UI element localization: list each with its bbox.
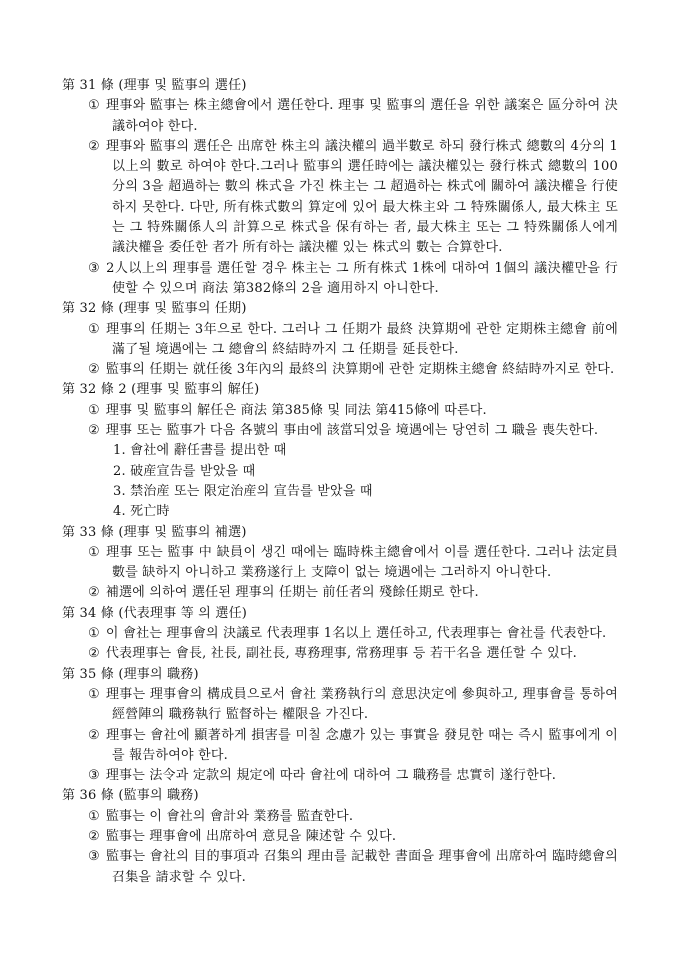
- item-marker: ②: [88, 646, 100, 661]
- item-marker: ①: [88, 545, 100, 560]
- article-item: ①이 會社는 理事會의 決議로 代表理事 1名以上 選任하고, 代表理事는 會社…: [62, 624, 618, 644]
- article-title: 第 31 條 (理事 및 監事의 選任): [62, 76, 618, 96]
- item-text: 監事는 理事會에 出席하여 意見을 陳述할 수 있다.: [106, 829, 396, 844]
- article-item: ②代表理事는 會長, 社長, 副社長, 專務理事, 常務理事 등 若干名을 選任…: [62, 644, 618, 664]
- article: 第 32 條 (理事 및 監事의 任期)①理事의 任期는 3年으로 한다. 그러…: [62, 299, 618, 380]
- item-text: 理事 또는 監事 中 缺員이 생긴 때에는 臨時株主總會에서 이를 選任한다. …: [106, 545, 618, 580]
- item-marker: ③: [88, 261, 100, 276]
- item-text: 2人以上의 理事를 選任할 경우 株主는 그 所有株式 1株에 대하여 1個의 …: [106, 261, 618, 296]
- item-text: 理事와 監事는 株主總會에서 選任한다. 理事 및 監事의 選任을 위한 議案은…: [106, 98, 618, 133]
- article: 第 31 條 (理事 및 監事의 選任)①理事와 監事는 株主總會에서 選任한다…: [62, 76, 618, 299]
- article-item: ②理事 또는 監事가 다음 各號의 事由에 該當되었을 境遇에는 당연히 그 職…: [62, 421, 618, 441]
- item-text: 理事의 任期는 3年으로 한다. 그러나 그 任期가 最終 決算期에 관한 定期…: [106, 322, 618, 357]
- item-text: 理事는 會社에 顯著하게 損害를 미칠 念慮가 있는 事實을 發見한 때는 즉시…: [106, 728, 618, 763]
- article-item: ②監事의 任期는 就任後 3年內의 最終의 決算期에 관한 定期株主總會 終結時…: [62, 360, 618, 380]
- item-marker: ②: [88, 829, 100, 844]
- item-marker: ②: [88, 139, 100, 154]
- article-title: 第 35 條 (理事의 職務): [62, 665, 618, 685]
- article-subitem: 3. 禁治産 또는 限定治産의 宣告를 받았을 때: [113, 482, 618, 502]
- item-text: 補選에 의하여 選任된 理事의 任期는 前任者의 殘餘任期로 한다.: [106, 585, 479, 600]
- article: 第 33 條 (理事 및 監事의 補選)①理事 또는 監事 中 缺員이 생긴 때…: [62, 523, 618, 604]
- item-text: 監事는 會社의 目的事項과 召集의 理由를 記載한 書面을 理事會에 出席하여 …: [106, 849, 618, 884]
- item-marker: ②: [88, 728, 100, 743]
- article-item: ②監事는 理事會에 出席하여 意見을 陳述할 수 있다.: [62, 827, 618, 847]
- article-item: ①理事 또는 監事 中 缺員이 생긴 때에는 臨時株主總會에서 이를 選任한다.…: [62, 543, 618, 584]
- article: 第 32 條 2 (理事 및 監事의 解任)①理事 및 監事의 解任은 商法 第…: [62, 380, 618, 522]
- article-title: 第 36 條 (監事의 職務): [62, 786, 618, 806]
- item-text: 理事와 監事의 選任은 出席한 株主의 議決權의 過半數로 하되 發行株式 總數…: [106, 139, 618, 255]
- article: 第 36 條 (監事의 職務)①監事는 이 會社의 會計와 業務를 監査한다.②…: [62, 786, 618, 887]
- article-title: 第 33 條 (理事 및 監事의 補選): [62, 523, 618, 543]
- article: 第 34 條 (代表理事 等 의 選任)①이 會社는 理事會의 決議로 代表理事…: [62, 604, 618, 665]
- item-marker: ①: [88, 687, 100, 702]
- item-marker: ②: [88, 362, 100, 377]
- item-text: 이 會社는 理事會의 決議로 代表理事 1名以上 選任하고, 代表理事는 會社를…: [106, 626, 607, 641]
- article-item: ①理事와 監事는 株主總會에서 選任한다. 理事 및 監事의 選任을 위한 議案…: [62, 96, 618, 137]
- item-text: 理事 또는 監事가 다음 各號의 事由에 該當되었을 境遇에는 당연히 그 職을…: [106, 423, 598, 438]
- article-title: 第 34 條 (代表理事 等 의 選任): [62, 604, 618, 624]
- item-marker: ②: [88, 423, 100, 438]
- article-item: ③2人以上의 理事를 選任할 경우 株主는 그 所有株式 1株에 대하여 1個의…: [62, 259, 618, 300]
- articles-container: 第 31 條 (理事 및 監事의 選任)①理事와 監事는 株主總會에서 選任한다…: [62, 76, 618, 888]
- item-marker: ①: [88, 626, 100, 641]
- item-marker: ②: [88, 585, 100, 600]
- article-subitem: 4. 死亡時: [113, 502, 618, 522]
- item-marker: ①: [88, 98, 100, 113]
- article-item: ①理事는 理事會의 構成員으로서 會社 業務執行의 意思決定에 參與하고, 理事…: [62, 685, 618, 726]
- item-marker: ①: [88, 322, 100, 337]
- item-text: 監事의 任期는 就任後 3年內의 最終의 決算期에 관한 定期株主總會 終結時까…: [106, 362, 615, 377]
- item-marker: ③: [88, 768, 100, 783]
- article: 第 35 條 (理事의 職務)①理事는 理事會의 構成員으로서 會社 業務執行의…: [62, 665, 618, 787]
- item-text: 監事는 이 會社의 會計와 業務를 監査한다.: [106, 809, 353, 824]
- article-subitem: 2. 破産宣告를 받았을 때: [113, 462, 618, 482]
- article-title: 第 32 條 2 (理事 및 監事의 解任): [62, 380, 618, 400]
- article-item: ③理事는 法令과 定款의 規定에 따라 會社에 대하여 그 職務를 忠實히 遂行…: [62, 766, 618, 786]
- article-item: ②補選에 의하여 選任된 理事의 任期는 前任者의 殘餘任期로 한다.: [62, 583, 618, 603]
- item-marker: ①: [88, 809, 100, 824]
- article-subitem: 1. 會社에 辭任書를 提出한 때: [113, 441, 618, 461]
- item-marker: ①: [88, 403, 100, 418]
- article-item: ①監事는 이 會社의 會計와 業務를 監査한다.: [62, 807, 618, 827]
- article-item: ③監事는 會社의 目的事項과 召集의 理由를 記載한 書面을 理事會에 出席하여…: [62, 847, 618, 888]
- article-item: ①理事의 任期는 3年으로 한다. 그러나 그 任期가 最終 決算期에 관한 定…: [62, 320, 618, 361]
- document-page: 第 31 條 (理事 및 監事의 選任)①理事와 監事는 株主總會에서 選任한다…: [0, 0, 680, 962]
- article-item: ①理事 및 監事의 解任은 商法 第385條 및 同法 第415條에 따른다.: [62, 401, 618, 421]
- article-title: 第 32 條 (理事 및 監事의 任期): [62, 299, 618, 319]
- item-text: 理事 및 監事의 解任은 商法 第385條 및 同法 第415條에 따른다.: [106, 403, 487, 418]
- article-item: ②理事는 會社에 顯著하게 損害를 미칠 念慮가 있는 事實을 發見한 때는 즉…: [62, 726, 618, 767]
- article-item: ②理事와 監事의 選任은 出席한 株主의 議決權의 過半數로 하되 發行株式 總…: [62, 137, 618, 259]
- item-text: 理事는 法令과 定款의 規定에 따라 會社에 대하여 그 職務를 忠實히 遂行한…: [106, 768, 556, 783]
- item-text: 理事는 理事會의 構成員으로서 會社 業務執行의 意思決定에 參與하고, 理事會…: [106, 687, 618, 722]
- item-text: 代表理事는 會長, 社長, 副社長, 專務理事, 常務理事 등 若干名을 選任할…: [106, 646, 577, 661]
- item-marker: ③: [88, 849, 100, 864]
